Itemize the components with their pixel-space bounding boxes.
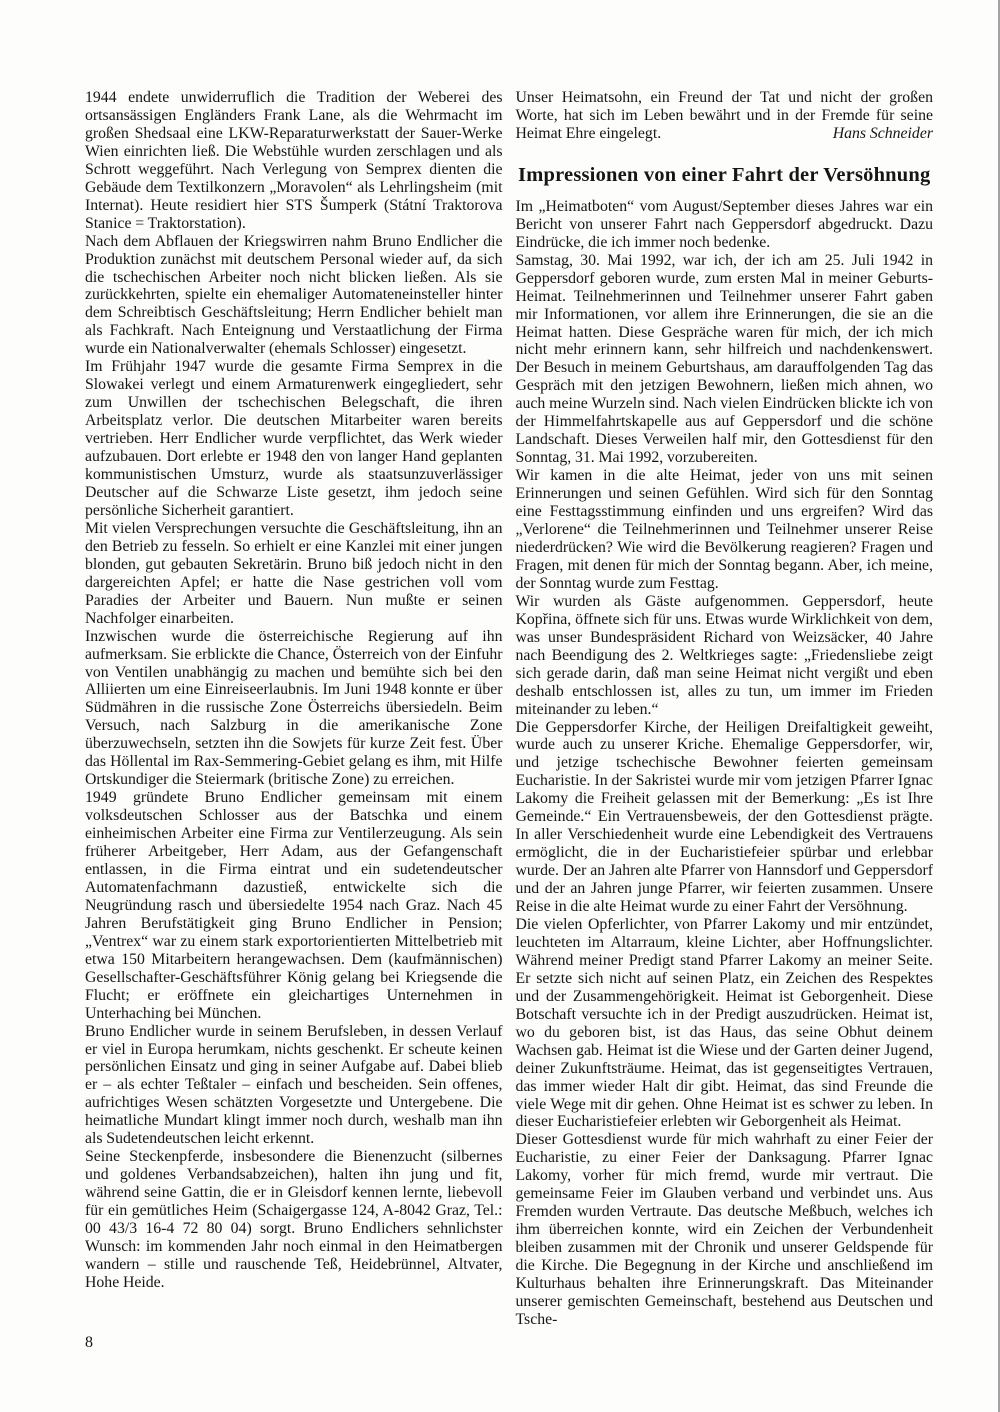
paragraph: Wir wurden als Gäste aufgenommen. Gepper… (516, 593, 934, 719)
right-column: Unser Heimatsohn, ein Freund der Tat und… (516, 89, 934, 1329)
paragraph: 1949 gründete Bruno Endlicher gemeinsam … (85, 789, 503, 1022)
paragraph: Wir kamen in die alte Heimat, jeder von … (516, 467, 934, 593)
paragraph: Im Frühjahr 1947 wurde die gesamte Firma… (85, 358, 503, 520)
left-column: 1944 endete unwiderruflich die Tradition… (85, 89, 503, 1329)
article-title: Impressionen von einer Fahrt der Versöhn… (516, 164, 934, 187)
paragraph: Samstag, 30. Mai 1992, war ich, der ich … (516, 252, 934, 467)
paragraph: Im „Heimatboten“ vom August/September di… (516, 198, 934, 252)
paragraph: Inzwischen wurde die österreichische Reg… (85, 628, 503, 790)
paragraph: Nach dem Abflauen der Kriegswirren nahm … (85, 233, 503, 359)
paragraph: Die Geppersdorfer Kirche, der Heiligen D… (516, 719, 934, 916)
paragraph: Bruno Endlicher wurde in seinem Berufsle… (85, 1023, 503, 1149)
paragraph: Dieser Gottesdienst wurde für mich wahrh… (516, 1131, 934, 1328)
paragraph: 1944 endete unwiderruflich die Tradition… (85, 89, 503, 233)
scanned-document-page: 1944 endete unwiderruflich die Tradition… (0, 0, 1000, 1412)
paragraph: Die vielen Opferlichter, von Pfarrer Lak… (516, 916, 934, 1131)
paragraph: Mit vielen Versprechungen versuchte die … (85, 520, 503, 628)
article-body: Im „Heimatboten“ vom August/September di… (516, 198, 934, 1329)
two-column-text-area: 1944 endete unwiderruflich die Tradition… (85, 89, 933, 1329)
author-signature: Hans Schneider (825, 125, 933, 143)
intro-paragraph: Unser Heimatsohn, ein Freund der Tat und… (516, 89, 934, 143)
page-number: 8 (85, 1334, 93, 1352)
paragraph: Seine Steckenpferde, insbesondere die Bi… (85, 1148, 503, 1292)
